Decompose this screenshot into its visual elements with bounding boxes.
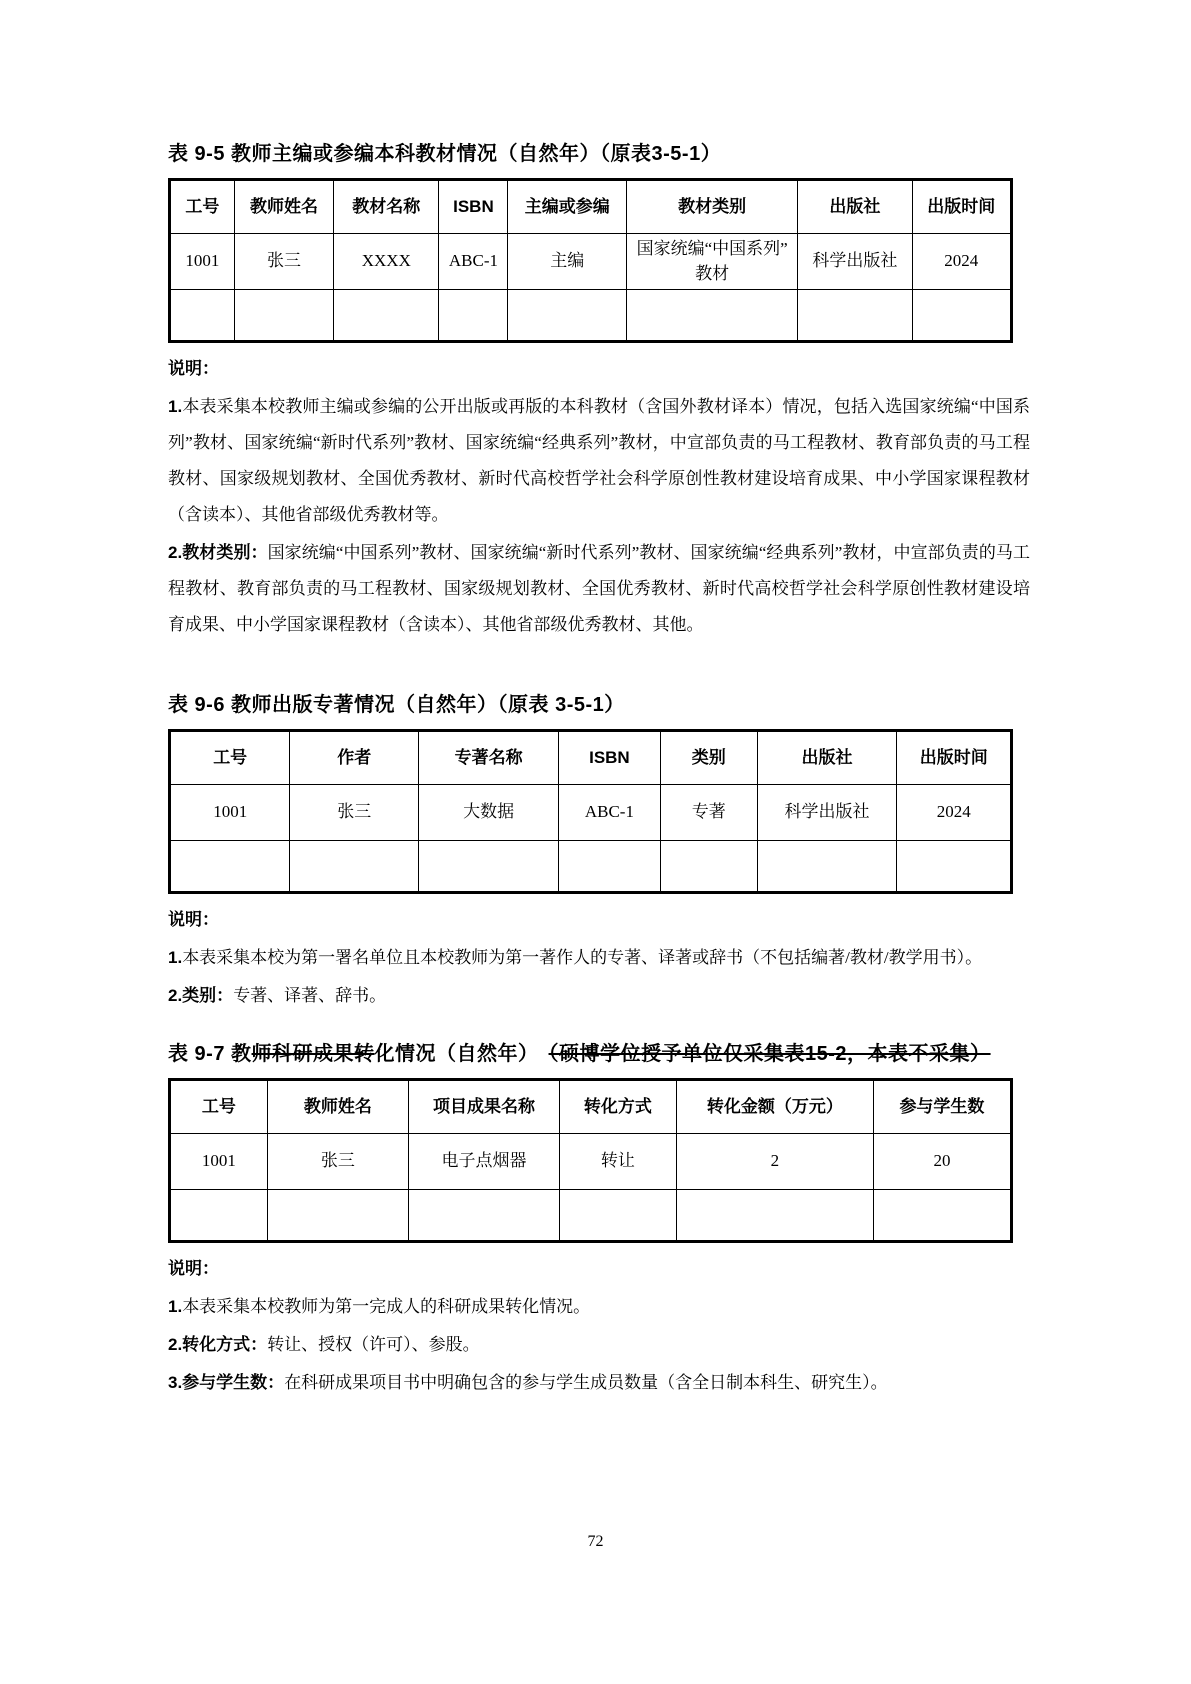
table-cell: 1001: [170, 1134, 268, 1190]
table-cell: [419, 841, 559, 893]
table-cell: [558, 841, 660, 893]
table-9-6-title-text: 表 9-6 教师出版专著情况（自然年）（原表 3-5-1）: [168, 694, 625, 716]
note-number: 1.: [168, 948, 182, 967]
table-cell: [508, 290, 627, 342]
table-cell: ABC-1: [558, 785, 660, 841]
note-label: 2.转化方式：: [168, 1335, 267, 1354]
note-text: 专著、译著、辞书。: [233, 986, 386, 1005]
header-cell: 转化方式: [559, 1080, 676, 1134]
table-cell: 2024: [912, 234, 1011, 290]
table-row-empty: [170, 290, 1012, 342]
table-row-empty: [170, 1190, 1012, 1242]
table-row: 1001 张三 电子点烟器 转让 2 20: [170, 1134, 1012, 1190]
header-cell: 作者: [290, 731, 419, 785]
table-cell: [439, 290, 508, 342]
note-number: 1.: [168, 397, 182, 416]
header-cell: ISBN: [558, 731, 660, 785]
header-cell: 工号: [170, 180, 235, 234]
table-cell: 1001: [170, 234, 235, 290]
note-label: 3.参与学生数：: [168, 1373, 284, 1392]
note-text: 转让、授权（许可）、参股。: [267, 1335, 480, 1354]
table-cell: [234, 290, 333, 342]
table-cell: 大数据: [419, 785, 559, 841]
table-cell: [660, 841, 757, 893]
table-cell: 科学出版社: [757, 785, 897, 841]
notes-label: 说明：: [168, 351, 1030, 387]
header-cell: ISBN: [439, 180, 508, 234]
table-cell: 1001: [170, 785, 290, 841]
header-cell: 出版时间: [912, 180, 1011, 234]
table-9-6-title: 表 9-6 教师出版专著情况（自然年）（原表 3-5-1）: [168, 693, 1030, 718]
table-cell: 主编: [508, 234, 627, 290]
table-cell: [409, 1190, 560, 1242]
note-label: 2.教材类别：: [168, 543, 268, 562]
note-item: 2.教材类别：国家统编“中国系列”教材、国家统编“新时代系列”教材、国家统编“经…: [168, 535, 1030, 643]
table-cell: 张三: [290, 785, 419, 841]
note-text: 在科研成果项目书中明确包含的参与学生成员数量（含全日制本科生、研究生）。: [284, 1373, 888, 1392]
table-9-6-header-row: 工号 作者 专著名称 ISBN 类别 出版社 出版时间: [170, 731, 1012, 785]
table-cell: [627, 290, 798, 342]
table-9-7-title-mid: 化情况（自然年）: [375, 1043, 539, 1065]
header-cell: 工号: [170, 1080, 268, 1134]
table-cell: [912, 290, 1011, 342]
table-9-5: 工号 教师姓名 教材名称 ISBN 主编或参编 教材类别 出版社 出版时间 10…: [168, 178, 1013, 343]
header-cell: 参与学生数: [873, 1080, 1011, 1134]
table-cell: 2024: [897, 785, 1012, 841]
table-9-7-header-row: 工号 教师姓名 项目成果名称 转化方式 转化金额（万元） 参与学生数: [170, 1080, 1012, 1134]
table-9-7-title: 表 9-7 教师科研成果转化情况（自然年）（硕博学位授予单位仅采集表15-2，本…: [168, 1042, 1030, 1067]
table-cell: 转让: [559, 1134, 676, 1190]
note-label: 2.类别：: [168, 986, 233, 1005]
document-page: 表 9-5 教师主编或参编本科教材情况（自然年）（原表3-5-1） 工号 教师姓…: [0, 0, 1191, 1684]
table-cell: 20: [873, 1134, 1011, 1190]
header-cell: 教师姓名: [267, 1080, 408, 1134]
table-cell: 科学出版社: [798, 234, 913, 290]
note-item: 3.参与学生数：在科研成果项目书中明确包含的参与学生成员数量（含全日制本科生、研…: [168, 1365, 1030, 1401]
header-cell: 出版时间: [897, 731, 1012, 785]
table-cell: [334, 290, 439, 342]
table-row-empty: [170, 841, 1012, 893]
table-cell: 张三: [234, 234, 333, 290]
note-item: 1.本表采集本校为第一署名单位且本校教师为第一著作人的专著、译著或辞书（不包括编…: [168, 940, 1030, 976]
table-cell: [170, 1190, 268, 1242]
note-text: 本表采集本校教师主编或参编的公开出版或再版的本科教材（含国外教材译本）情况，包括…: [168, 397, 1030, 524]
table-cell: [170, 290, 235, 342]
note-item: 2.转化方式：转让、授权（许可）、参股。: [168, 1327, 1030, 1363]
table-cell: [873, 1190, 1011, 1242]
page-number: 72: [0, 1533, 1191, 1551]
table-cell: [676, 1190, 873, 1242]
table-cell: [170, 841, 290, 893]
table-row: 1001 张三 XXXX ABC-1 主编 国家统编“中国系列”教材 科学出版社…: [170, 234, 1012, 290]
table-9-7-title-pre: 表 9-7 教: [168, 1043, 252, 1065]
header-cell: 出版社: [798, 180, 913, 234]
table-cell: 专著: [660, 785, 757, 841]
table-9-6-notes: 说明： 1.本表采集本校为第一署名单位且本校教师为第一著作人的专著、译著或辞书（…: [168, 902, 1030, 1014]
table-cell: [798, 290, 913, 342]
header-cell: 专著名称: [419, 731, 559, 785]
header-cell: 项目成果名称: [409, 1080, 560, 1134]
header-cell: 教师姓名: [234, 180, 333, 234]
table-cell: 2: [676, 1134, 873, 1190]
note-item: 1.本表采集本校教师主编或参编的公开出版或再版的本科教材（含国外教材译本）情况，…: [168, 389, 1030, 533]
table-9-6: 工号 作者 专著名称 ISBN 类别 出版社 出版时间 1001 张三 大数据 …: [168, 729, 1013, 894]
table-9-7-title-strikethrough-1: 师科研成果转: [252, 1043, 375, 1065]
note-item: 2.类别：专著、译著、辞书。: [168, 978, 1030, 1014]
header-cell: 转化金额（万元）: [676, 1080, 873, 1134]
note-text: 本表采集本校为第一署名单位且本校教师为第一著作人的专著、译著或辞书（不包括编著/…: [182, 948, 982, 967]
table-cell: 国家统编“中国系列”教材: [627, 234, 798, 290]
header-cell: 教材名称: [334, 180, 439, 234]
table-cell: 张三: [267, 1134, 408, 1190]
notes-label: 说明：: [168, 1251, 1030, 1287]
note-number: 1.: [168, 1297, 182, 1316]
note-text: 本表采集本校教师为第一完成人的科研成果转化情况。: [182, 1297, 590, 1316]
table-9-7-notes: 说明： 1.本表采集本校教师为第一完成人的科研成果转化情况。 2.转化方式：转让…: [168, 1251, 1030, 1401]
header-cell: 类别: [660, 731, 757, 785]
page-content: 表 9-5 教师主编或参编本科教材情况（自然年）（原表3-5-1） 工号 教师姓…: [168, 0, 1030, 1403]
table-9-5-notes: 说明： 1.本表采集本校教师主编或参编的公开出版或再版的本科教材（含国外教材译本…: [168, 351, 1030, 643]
table-cell: [897, 841, 1012, 893]
table-cell: ABC-1: [439, 234, 508, 290]
header-cell: 工号: [170, 731, 290, 785]
note-item: 1.本表采集本校教师为第一完成人的科研成果转化情况。: [168, 1289, 1030, 1325]
table-cell: 电子点烟器: [409, 1134, 560, 1190]
header-cell: 教材类别: [627, 180, 798, 234]
table-row: 1001 张三 大数据 ABC-1 专著 科学出版社 2024: [170, 785, 1012, 841]
notes-label: 说明：: [168, 902, 1030, 938]
table-9-5-title-text: 表 9-5 教师主编或参编本科教材情况（自然年）（原表3-5-1）: [168, 143, 721, 165]
table-9-7: 工号 教师姓名 项目成果名称 转化方式 转化金额（万元） 参与学生数 1001 …: [168, 1078, 1013, 1243]
table-cell: [267, 1190, 408, 1242]
table-9-7-title-strikethrough-2: （硕博学位授予单位仅采集表15-2，本表不采集）: [549, 1043, 991, 1065]
note-text: 国家统编“中国系列”教材、国家统编“新时代系列”教材、国家统编“经典系列”教材，…: [168, 543, 1030, 634]
table-cell: XXXX: [334, 234, 439, 290]
header-cell: 主编或参编: [508, 180, 627, 234]
table-9-5-title: 表 9-5 教师主编或参编本科教材情况（自然年）（原表3-5-1）: [168, 142, 1030, 167]
table-9-5-header-row: 工号 教师姓名 教材名称 ISBN 主编或参编 教材类别 出版社 出版时间: [170, 180, 1012, 234]
table-cell: [559, 1190, 676, 1242]
header-cell: 出版社: [757, 731, 897, 785]
table-cell: [757, 841, 897, 893]
table-cell: [290, 841, 419, 893]
